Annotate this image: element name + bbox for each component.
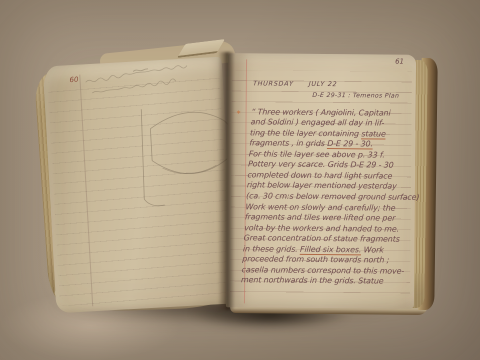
right-page-number: 61 [395,58,404,66]
spine-gutter-shadow [218,52,234,310]
right-page: 61 * THURSDAYJULY 22 D-E 29-31 : Temenos… [226,53,416,309]
entry-date: JULY 22 [309,80,338,88]
entry-heading: THURSDAYJULY 22 [253,79,419,88]
diary-line: ment northwards in the grids. Statue [241,276,408,288]
entry-grid-reference: D-E 29-31 : Temenos Plan [312,92,418,100]
left-page: 60 [43,57,236,314]
notebook-photo: 60 61 * THURSDAYJULY 22 [0,0,480,360]
margin-asterisk: * [237,109,241,118]
entry-body: “ Three workers ( Angiolini, Capitani an… [241,107,418,288]
entry-day: THURSDAY [253,79,294,87]
left-page-number: 60 [69,76,78,84]
diary-entry: THURSDAYJULY 22 D-E 29-31 : Temenos Plan… [241,79,420,287]
